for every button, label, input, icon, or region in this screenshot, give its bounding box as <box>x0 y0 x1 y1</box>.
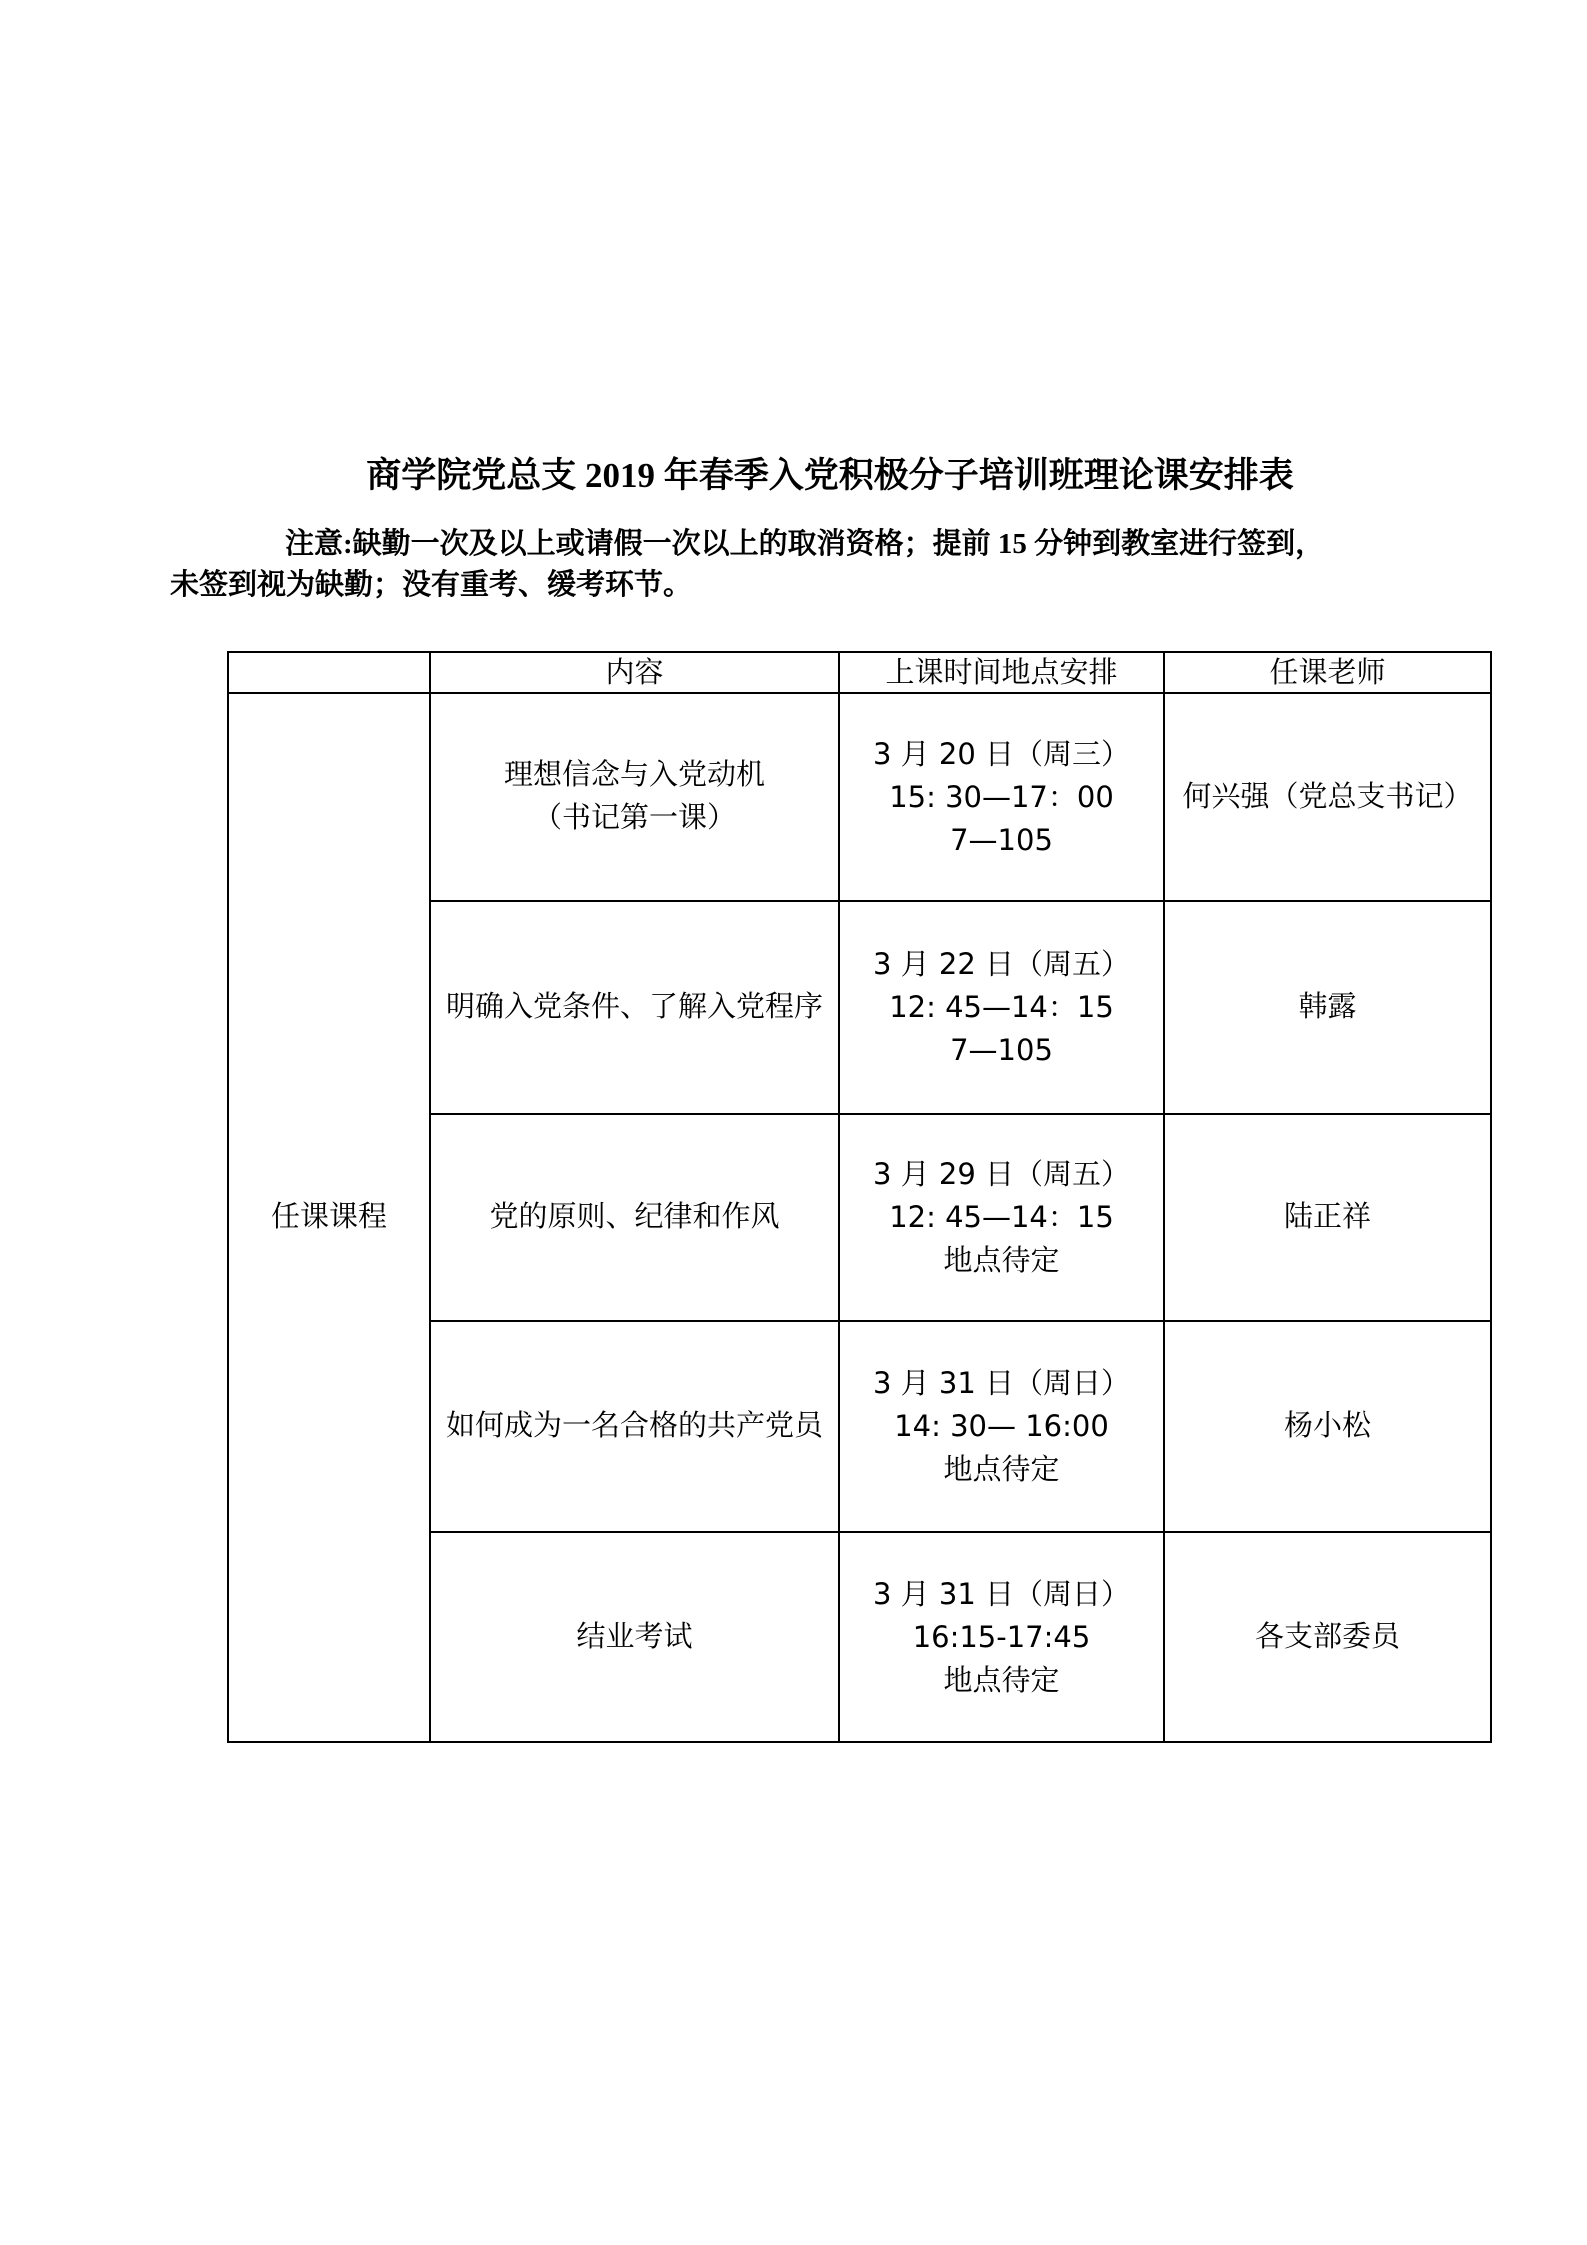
schedule-date: 3 月 31 日（周日） <box>840 1362 1163 1405</box>
schedule-date: 3 月 22 日（周五） <box>840 943 1163 986</box>
course-content-line: 结业考试 <box>431 1616 838 1659</box>
schedule-time: 12: 45—14：15 <box>840 1196 1163 1239</box>
column-header-blank <box>228 652 430 693</box>
schedule-location: 地点待定 <box>840 1239 1163 1282</box>
table-row-1: 任课课程 理想信念与入党动机 （书记第一课） 3 月 20 日（周三） 15: … <box>228 693 1491 901</box>
schedule-date: 3 月 20 日（周三） <box>840 733 1163 776</box>
schedule-cell: 3 月 22 日（周五） 12: 45—14：15 7—105 <box>839 901 1164 1114</box>
column-header-schedule: 上课时间地点安排 <box>839 652 1164 693</box>
schedule-time: 14: 30— 16:00 <box>840 1405 1163 1448</box>
notice-line-1: 注意:缺勤一次及以上或请假一次以上的取消资格；提前 15 分钟到教室进行签到， <box>170 524 1500 565</box>
course-content-line: （书记第一课） <box>431 797 838 840</box>
teacher-cell: 杨小松 <box>1164 1321 1491 1532</box>
course-content-cell: 如何成为一名合格的共产党员 <box>430 1321 839 1532</box>
document-title: 商学院党总支 2019 年春季入党积极分子培训班理论课安排表 <box>170 452 1490 500</box>
schedule-location: 7—105 <box>840 1029 1163 1072</box>
column-header-content: 内容 <box>430 652 839 693</box>
course-content-line: 党的原则、纪律和作风 <box>431 1196 838 1239</box>
schedule-location: 7—105 <box>840 819 1163 862</box>
schedule-cell: 3 月 20 日（周三） 15: 30—17：00 7—105 <box>839 693 1164 901</box>
row-group-header: 任课课程 <box>228 693 430 1742</box>
schedule-time: 16:15-17:45 <box>840 1616 1163 1659</box>
column-header-teacher: 任课老师 <box>1164 652 1491 693</box>
notice-line-2: 未签到视为缺勤；没有重考、缓考环节。 <box>170 565 1500 606</box>
course-content-line: 如何成为一名合格的共产党员 <box>431 1405 838 1448</box>
course-content-line: 明确入党条件、了解入党程序 <box>431 986 838 1029</box>
schedule-cell: 3 月 31 日（周日） 14: 30— 16:00 地点待定 <box>839 1321 1164 1532</box>
schedule-date: 3 月 29 日（周五） <box>840 1153 1163 1196</box>
course-content-cell: 结业考试 <box>430 1532 839 1742</box>
schedule-table: 内容 上课时间地点安排 任课老师 任课课程 理想信念与入党动机 （书记第一课） … <box>227 651 1492 1743</box>
teacher-cell: 各支部委员 <box>1164 1532 1491 1742</box>
schedule-cell: 3 月 29 日（周五） 12: 45—14：15 地点待定 <box>839 1114 1164 1321</box>
teacher-cell: 陆正祥 <box>1164 1114 1491 1321</box>
schedule-date: 3 月 31 日（周日） <box>840 1573 1163 1616</box>
notice-paragraph: 注意:缺勤一次及以上或请假一次以上的取消资格；提前 15 分钟到教室进行签到， … <box>170 524 1500 606</box>
schedule-time: 15: 30—17：00 <box>840 776 1163 819</box>
table-header-row: 内容 上课时间地点安排 任课老师 <box>228 652 1491 693</box>
schedule-location: 地点待定 <box>840 1659 1163 1702</box>
schedule-location: 地点待定 <box>840 1448 1163 1491</box>
course-content-cell: 明确入党条件、了解入党程序 <box>430 901 839 1114</box>
schedule-time: 12: 45—14：15 <box>840 986 1163 1029</box>
schedule-cell: 3 月 31 日（周日） 16:15-17:45 地点待定 <box>839 1532 1164 1742</box>
course-content-cell: 党的原则、纪律和作风 <box>430 1114 839 1321</box>
document-page: 商学院党总支 2019 年春季入党积极分子培训班理论课安排表 注意:缺勤一次及以… <box>0 0 1587 2245</box>
teacher-cell: 何兴强（党总支书记） <box>1164 693 1491 901</box>
course-content-line: 理想信念与入党动机 <box>431 754 838 797</box>
course-content-cell: 理想信念与入党动机 （书记第一课） <box>430 693 839 901</box>
teacher-cell: 韩露 <box>1164 901 1491 1114</box>
